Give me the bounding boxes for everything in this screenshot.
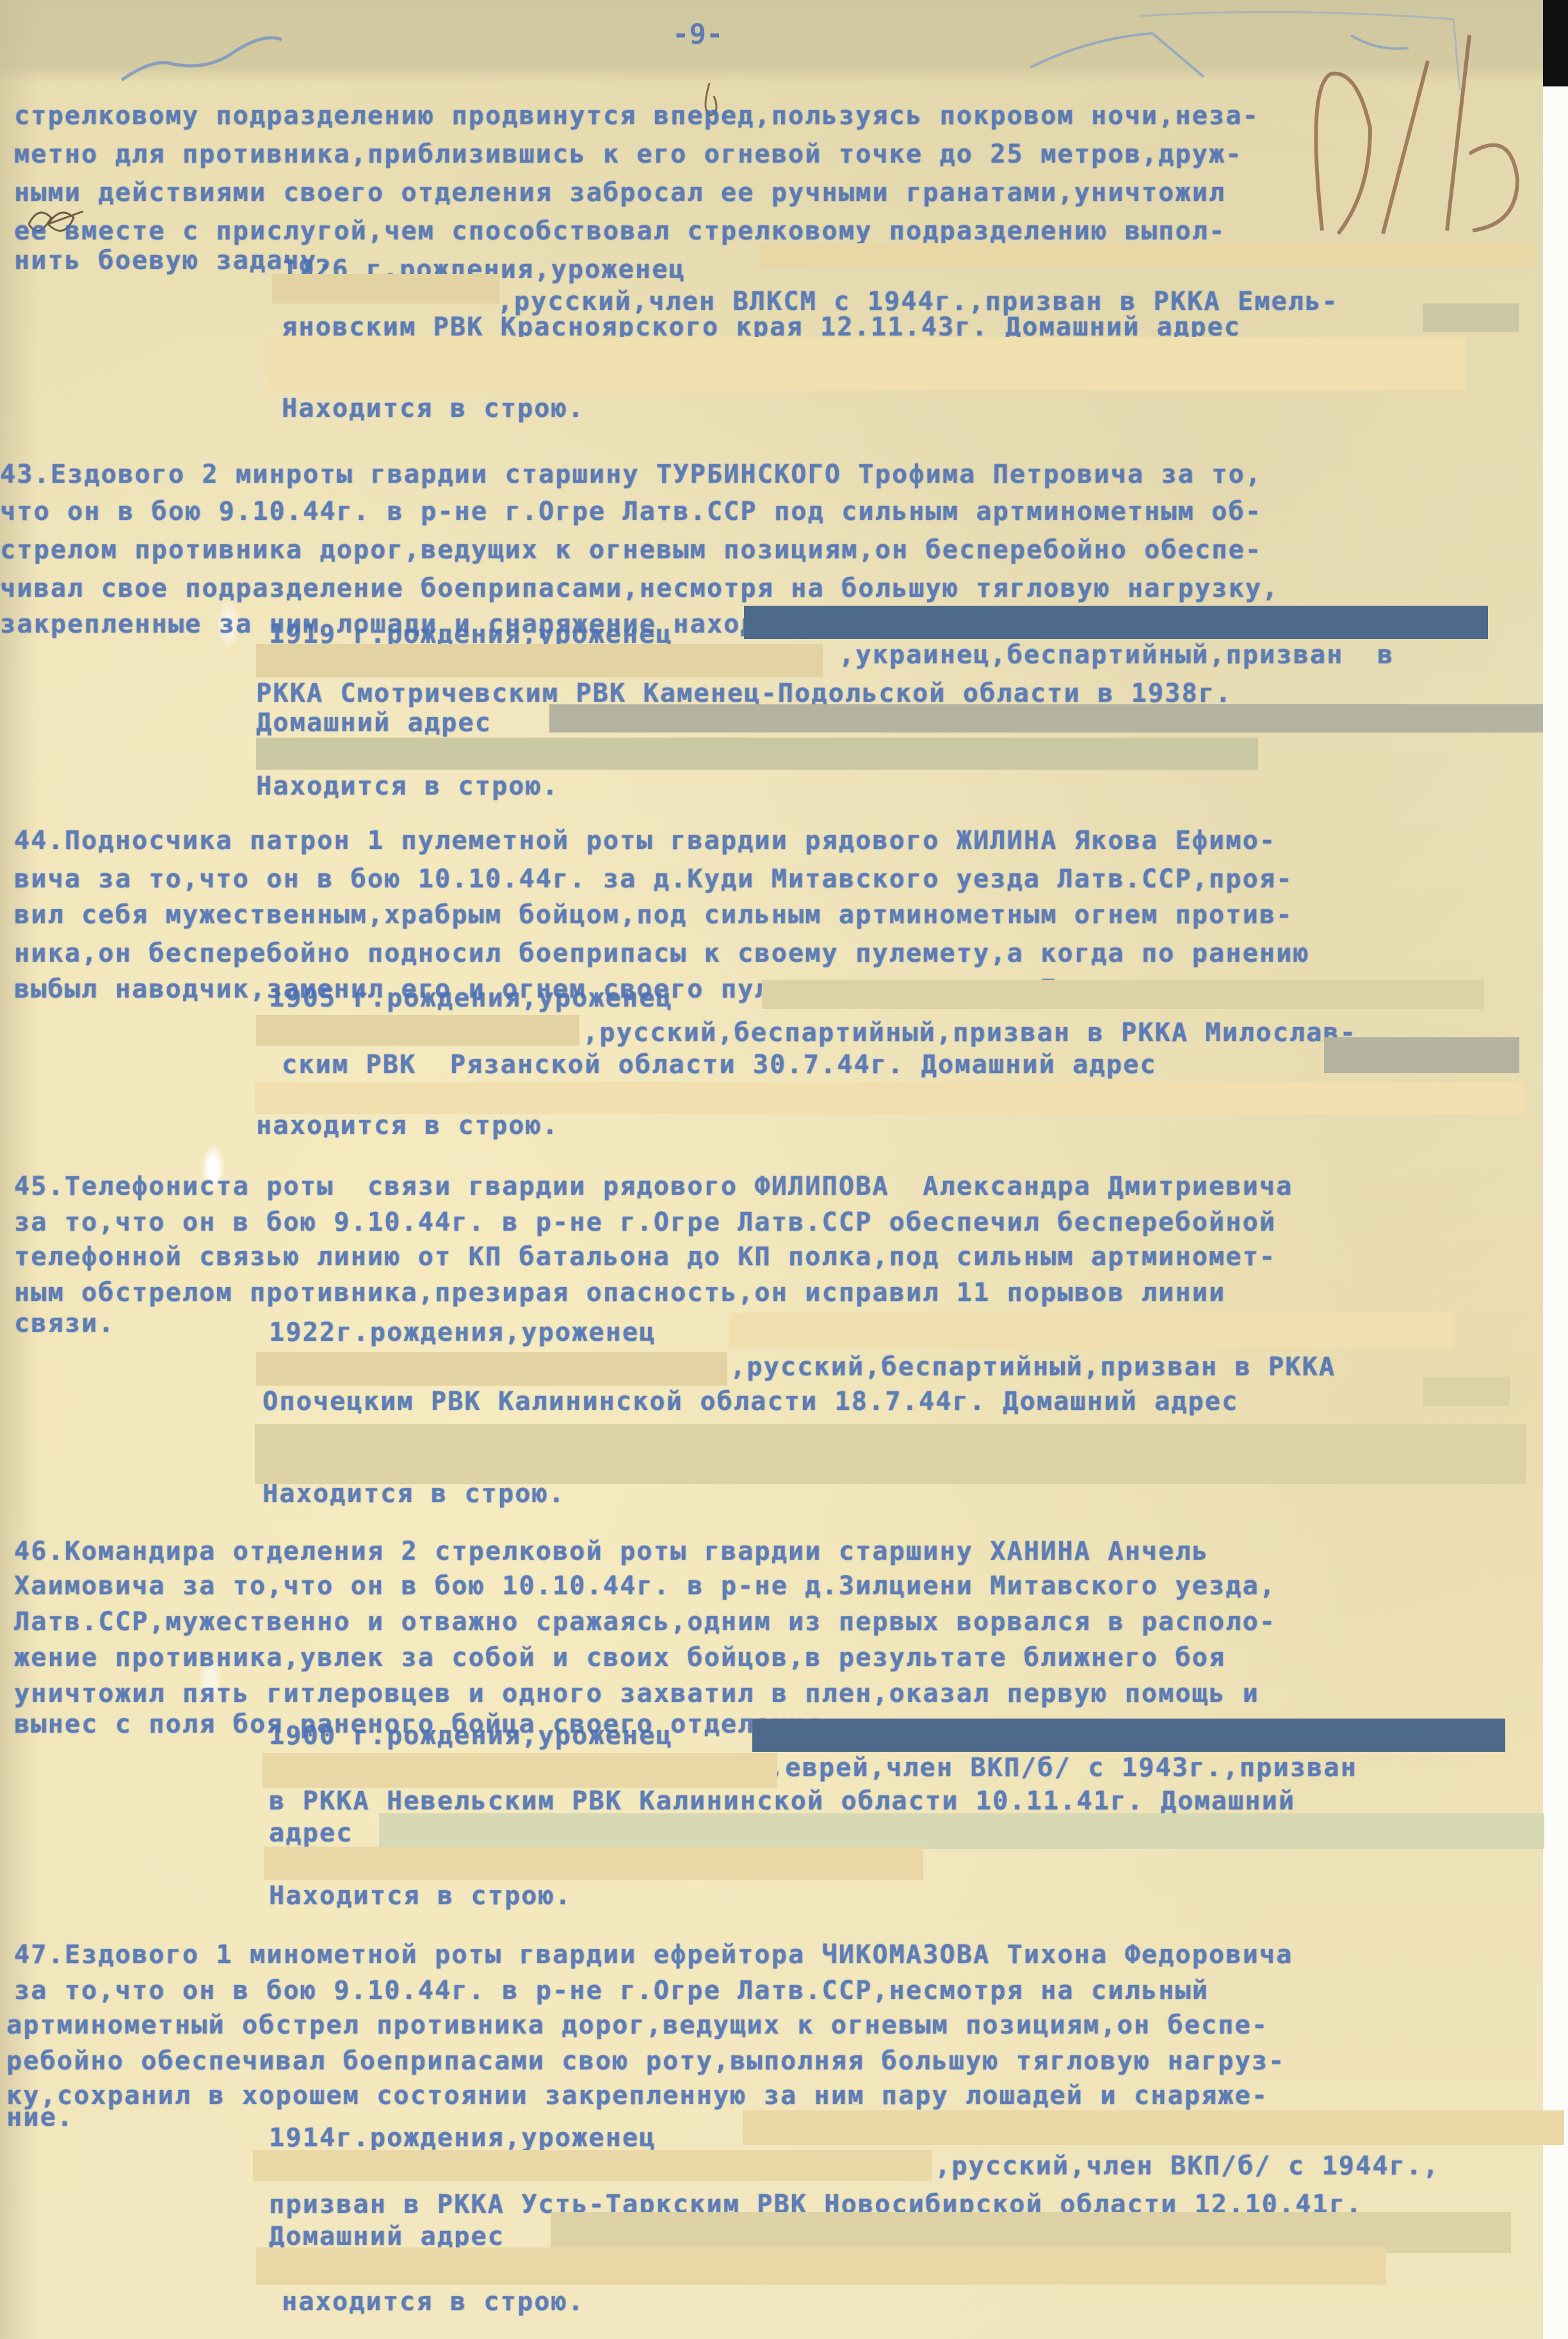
folded-header-band [0, 0, 1543, 83]
text-line: 1900 г.рождения,уроженец [269, 1721, 673, 1751]
text-line: ,украинец,беспартийный,призван в [839, 640, 1394, 670]
text-line: 1905 г.рождения,уроженец [269, 983, 673, 1013]
text-line: ее вместе с прислугой,чем способствовал … [14, 216, 1225, 246]
text-line: за то,что он в бою 9.10.44г. в р-не г.Ог… [14, 1976, 1209, 2005]
text-line: ным обстрелом противника,презирая опасно… [14, 1278, 1225, 1307]
text-line: ,русский,беспартийный,призван в РККА [730, 1352, 1336, 1382]
text-line: за то,что он в бою 9.10.44г. в р-не г.Ог… [14, 1208, 1276, 1237]
text-line: стрелом противника дорог,ведущих к огнев… [0, 535, 1262, 565]
redaction-box-address-1a [1423, 304, 1519, 332]
text-line: телефонной связью линию от КП батальона … [14, 1242, 1276, 1272]
scan-border-white [1543, 86, 1568, 2339]
text-line: Хаимовича за то,что он в бою 10.10.44г. … [14, 1571, 1276, 1601]
text-line: что он в бою 9.10.44г. в р-не г.Огре Лат… [0, 497, 1262, 526]
redaction-box-birthplace-2 [744, 606, 1488, 639]
redaction-box-address-3a [1324, 1037, 1519, 1073]
redaction-box-birthplace-6 [743, 2110, 1564, 2145]
redaction-box-birthplace-1b [272, 274, 499, 304]
text-line: 46.Командира отделения 2 стрелковой роты… [14, 1537, 1209, 1566]
text-line: вича за то,что он в бою 10.10.44г. за д.… [14, 864, 1293, 894]
redaction-box-address-2a [549, 704, 1543, 732]
redaction-box-address-3b [255, 1082, 1524, 1114]
text-line: находится в строю. [256, 1111, 559, 1140]
scan-border-black [1543, 0, 1568, 86]
redaction-box-birthplace-3b [256, 1015, 579, 1046]
redaction-box-address-4b [255, 1424, 1526, 1484]
text-line: 43.Ездового 2 минроты гвардии старшину Т… [0, 460, 1262, 489]
text-line: адрес [269, 1818, 353, 1848]
text-line: связи. [14, 1309, 115, 1338]
text-line: 47.Ездового 1 минометной роты гвардии еф… [14, 1940, 1293, 1970]
text-line: Опочецким РВК Калининской области 18.7.4… [263, 1387, 1238, 1416]
redaction-box-address-6b [256, 2247, 1386, 2285]
redaction-box-birthplace-6b [253, 2150, 932, 2181]
text-line: ,русский,член ВКП/б/ с 1944г., [935, 2151, 1439, 2181]
text-line: чивал свое подразделение боеприпасами,не… [0, 574, 1279, 603]
text-line: 1914г.рождения,уроженец [269, 2123, 656, 2153]
text-line: вил себя мужественным,храбрым бойцом,под… [14, 900, 1293, 930]
text-line: Латв.ССР,мужественно и отважно сражаясь,… [14, 1607, 1276, 1637]
text-line: 45.Телефониста роты связи гвардии рядово… [14, 1172, 1293, 1201]
redaction-box-birthplace-2b [256, 644, 823, 677]
text-line: Домашний адрес [256, 708, 492, 738]
text-line: ку,сохранил в хорошем состоянии закрепле… [6, 2081, 1268, 2110]
text-line: ,русский,беспартийный,призван в РККА Мил… [583, 1018, 1357, 1048]
redaction-box-birthplace-5 [752, 1719, 1505, 1752]
redaction-box-address-1b [269, 337, 1466, 391]
text-line: стрелковому подразделению продвинутся вп… [14, 101, 1259, 131]
redaction-box-address-5b [264, 1847, 923, 1880]
redaction-box-birthplace-3 [762, 980, 1484, 1009]
text-line: в РККА Невельским РВК Калининской област… [269, 1786, 1295, 1816]
text-line: находится в строю. [282, 2287, 585, 2317]
text-line: ника,он бесперебойно подносил боеприпасы… [14, 939, 1310, 968]
text-line: уничтожил пять гитлеровцев и одного захв… [14, 1679, 1259, 1708]
text-line: 1922г.рождения,уроженец [269, 1318, 656, 1347]
text-line: Находится в строю. [282, 394, 585, 423]
redaction-box-birthplace-4b [256, 1352, 727, 1386]
redaction-box-birthplace-4 [729, 1313, 1453, 1348]
text-line: Находится в строю. [269, 1881, 572, 1911]
text-line: ,еврей,член ВКП/б/ с 1943г.,призван [768, 1753, 1357, 1783]
redaction-box-address-5a [379, 1813, 1544, 1849]
text-line: ребойно обеспечивал боеприпасами свою ро… [6, 2046, 1285, 2076]
redaction-box-address-4a [1423, 1377, 1510, 1406]
text-line: Находится в строю. [256, 772, 559, 801]
redaction-box-address-2b [256, 738, 1258, 770]
text-line: 44.Подносчика патрон 1 пулеметной роты г… [14, 826, 1276, 855]
redaction-box-birthplace-1 [760, 243, 1535, 266]
text-line: метно для противника,приблизившись к его… [14, 140, 1243, 169]
text-line: артминометный обстрел противника дорог,в… [6, 2011, 1268, 2040]
redaction-box-birthplace-5b [263, 1753, 777, 1788]
text-line: ными действиями своего отделения заброса… [14, 178, 1225, 207]
text-line: ским РВК Рязанской области 30.7.44г. Дом… [282, 1050, 1157, 1080]
text-line: ние. [6, 2103, 74, 2132]
page-number: -9- [672, 18, 723, 51]
text-line: жение противника,увлек за собой и своих … [14, 1643, 1225, 1672]
